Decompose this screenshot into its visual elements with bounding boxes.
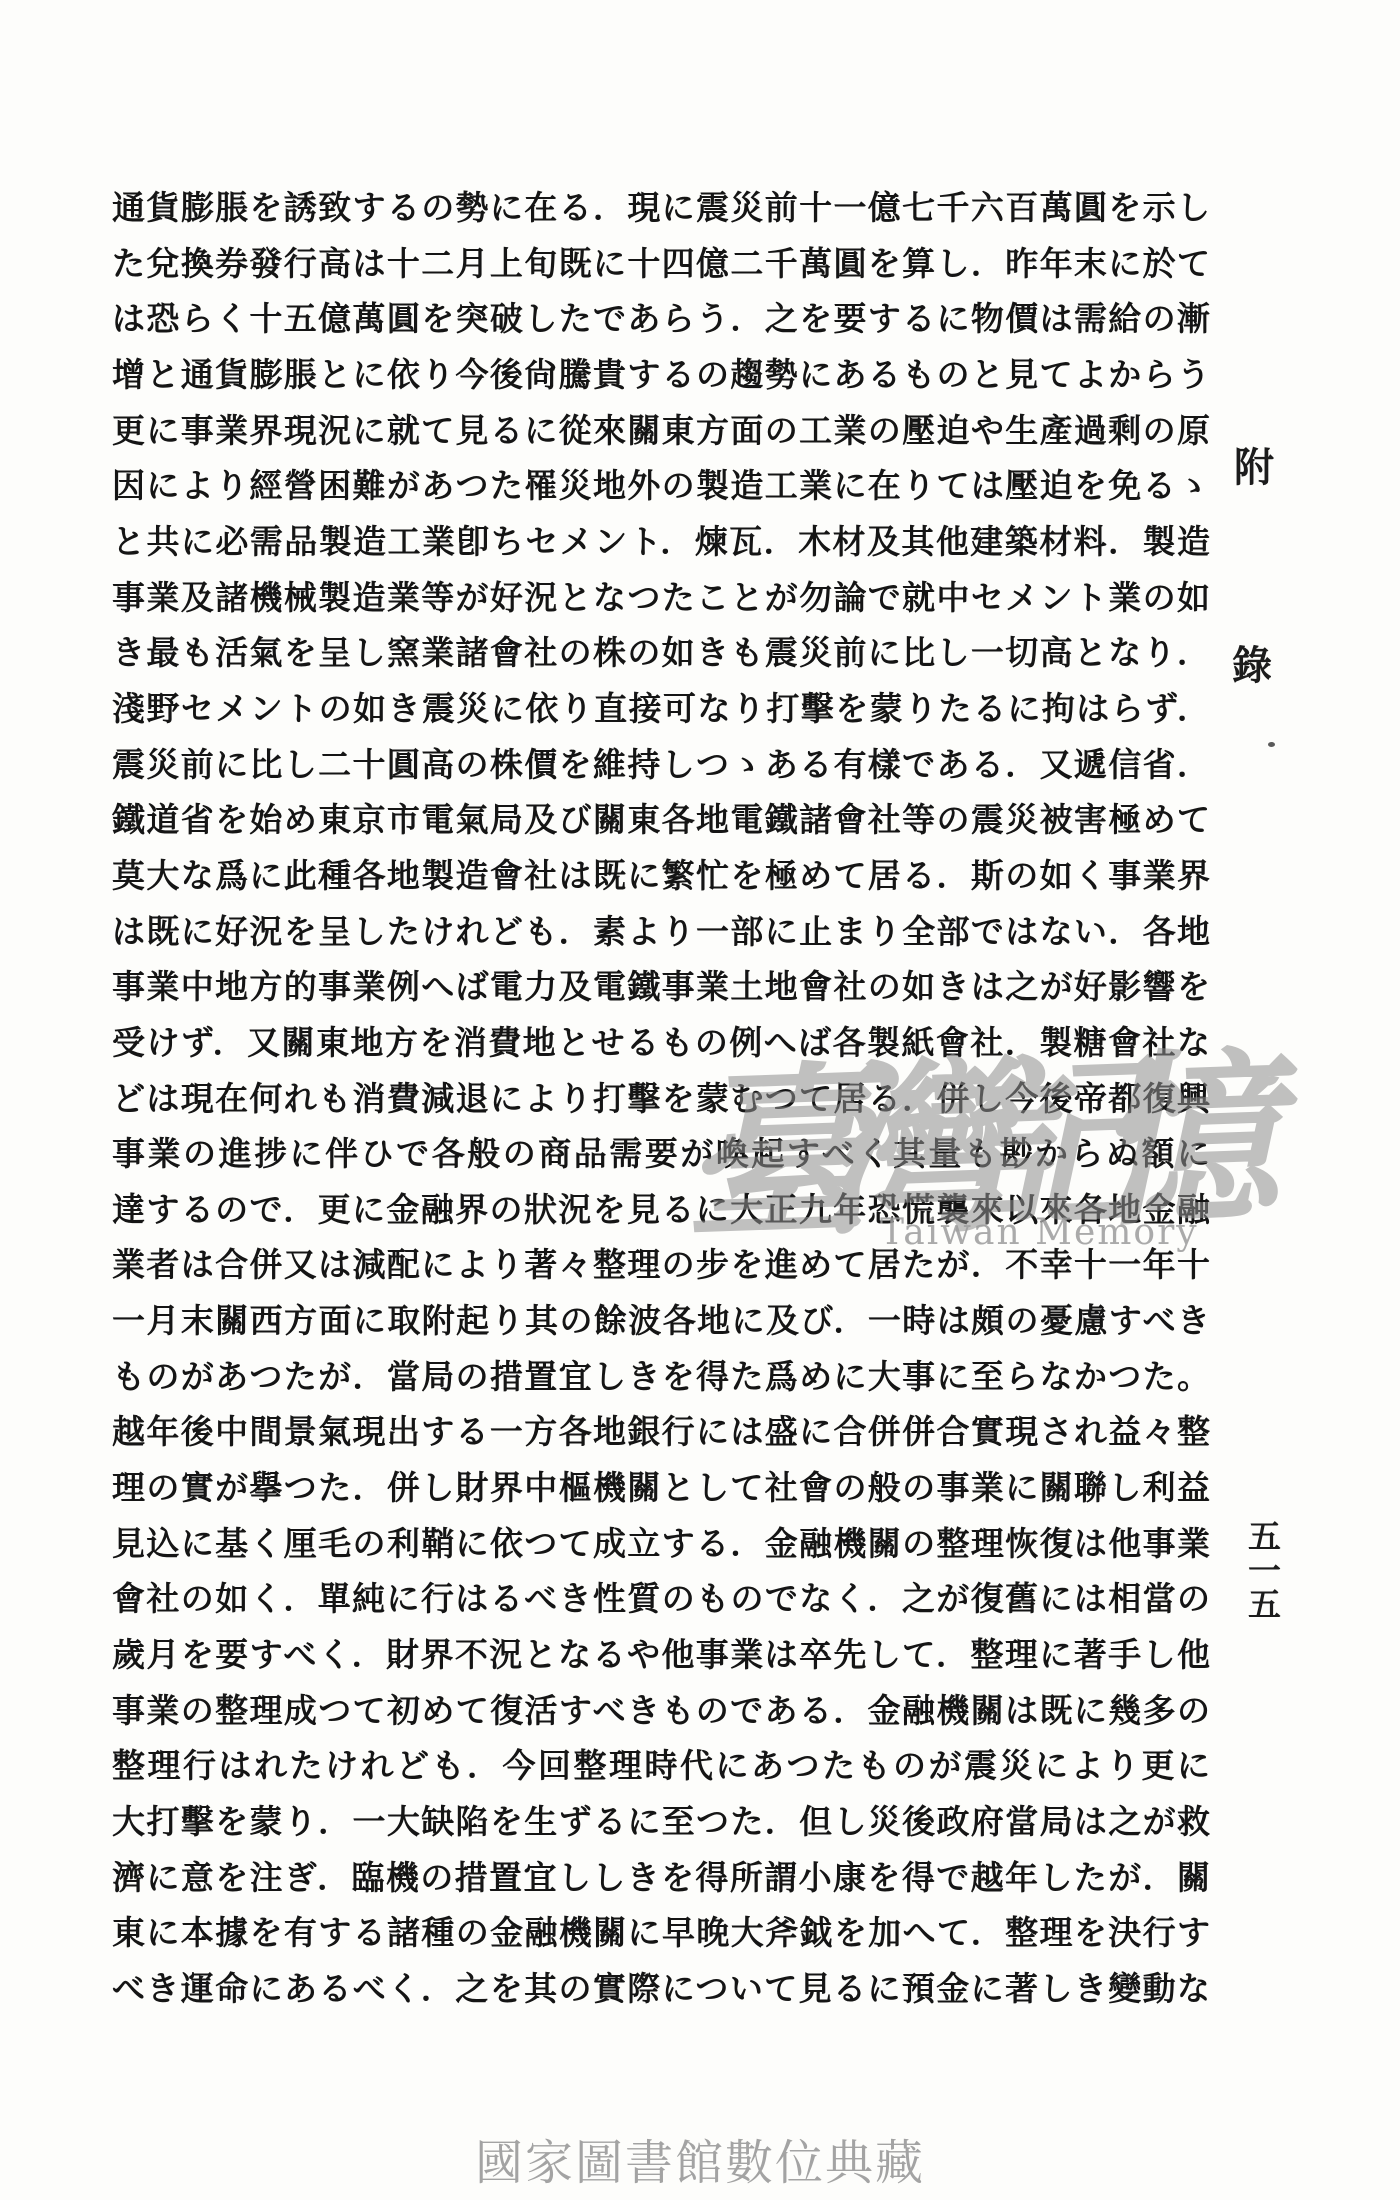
scanned-document-page: 通貨膨脹を誘致するの勢に在る．現に震災前十一億七千六百萬圓を示し た兌換券發行高… xyxy=(0,0,1400,2200)
text-line: 濟に意を注ぎ．臨機の措置宜ししきを得所謂小康を得で越年したが．關 xyxy=(112,1850,1210,1906)
text-line: 東に本據を有する諸種の金融機關に早晚大斧鉞を加へて．整理を決行す xyxy=(112,1905,1210,1961)
page-number-vertical: 五 一 五 xyxy=(1248,1520,1281,1622)
text-line: ものがあつたが．當局の措置宜しきを得た爲めに大事に至らなかつた。 xyxy=(112,1349,1210,1405)
page-number-digit: 一 xyxy=(1248,1554,1281,1588)
text-line: 事業中地方的事業例へば電力及電鐵事業土地會社の如きは之が好影響を xyxy=(112,959,1210,1015)
text-line: 更に事業界現況に就て見るに從來關東方面の工業の壓迫や生產過剩の原 xyxy=(112,403,1210,459)
text-line: き最も活氣を呈し窯業諸會社の株の如きも震災前に比し一切高となり． xyxy=(112,625,1210,681)
text-line: 越年後中間景氣現出する一方各地銀行には盛に合併併合實現され益々整 xyxy=(112,1404,1210,1460)
text-line: 因により經營困難があつた罹災地外の製造工業に在りては壓迫を免るゝ xyxy=(112,458,1210,514)
text-line: 見込に基く厘毛の利鞘に依つて成立する．金融機關の整理恢復は他事業 xyxy=(112,1516,1210,1572)
text-line: 淺野セメントの如き震災に依り直接可なり打擊を蒙りたるに拘はらず． xyxy=(112,681,1210,737)
text-line: 震災前に比し二十圓高の株價を維持しつゝある有樣である．又遞信省． xyxy=(112,737,1210,793)
text-line: べき運命にあるべく．之を其の實際について見るに預金に著しき變動な xyxy=(112,1961,1210,2017)
text-line: 受けず．又關東地方を消費地とせるもの例へば各製紙會社．製糖會社な xyxy=(112,1015,1210,1071)
text-line: 大打擊を蒙り．一大缺陷を生ずるに至つた．但し災後政府當局は之が救 xyxy=(112,1794,1210,1850)
text-line: 鐵道省を始め東京市電氣局及び關東各地電鐵諸會社等の震災被害極めて xyxy=(112,792,1210,848)
text-line: 會社の如く．單純に行はるべき性質のものでなく．之が復舊には相當の xyxy=(112,1571,1210,1627)
watermark-national-central-library: 國家圖書館數位典藏 xyxy=(0,2124,1400,2193)
text-line: は既に好況を呈したけれども．素より一部に止まり全部ではない．各地 xyxy=(112,904,1210,960)
text-line: 莫大な爲に此種各地製造會社は既に繁忙を極めて居る．斯の如く事業界 xyxy=(112,848,1210,904)
page-number-digit: 五 xyxy=(1248,1588,1281,1622)
text-line: 歲月を要すべく．財界不況となるや他事業は卒先して．整理に著手し他 xyxy=(112,1627,1210,1683)
text-line: は恐らく十五億萬圓を突破したであらう．之を要するに物價は需給の漸 xyxy=(112,291,1210,347)
text-line: 事業の整理成つて初めて復活すべきものである．金融機關は既に幾多の xyxy=(112,1683,1210,1739)
text-line: と共に必需品製造工業卽ちセメント．煉瓦．木材及其他建築材料．製造 xyxy=(112,514,1210,570)
text-line: 事業及諸機械製造業等が好況となつたことが勿論で就中セメント業の如 xyxy=(112,570,1210,626)
text-line: 達するので．更に金融界の狀況を見るに大正九年恐慌襲來以來各地金融 xyxy=(112,1182,1210,1238)
page-number-digit: 五 xyxy=(1248,1520,1281,1554)
text-line: 理の實が擧つた．併し財界中樞機關として社會の般の事業に關聯し利益 xyxy=(112,1460,1210,1516)
body-text-block: 通貨膨脹を誘致するの勢に在る．現に震災前十一億七千六百萬圓を示し た兌換券發行高… xyxy=(112,180,1210,2017)
text-line: 通貨膨脹を誘致するの勢に在る．現に震災前十一億七千六百萬圓を示し xyxy=(112,180,1210,236)
text-line: 業者は合併又は減配により著々整理の步を進めて居たが．不幸十一年十 xyxy=(112,1237,1210,1293)
text-line: 整理行はれたけれども．今回整理時代にあつたものが震災により更に xyxy=(112,1738,1210,1794)
margin-label-appendix: 附 xyxy=(1234,436,1274,493)
text-line: 增と通貨膨脹とに依り今後尙騰貴するの趨勢にあるものと見てよからう xyxy=(112,347,1210,403)
text-line: 事業の進捗に伴ひで各般の商品需要が喚起すべく其量も尠からぬ額に xyxy=(112,1126,1210,1182)
text-line: た兌換券發行高は十二月上旬既に十四億二千萬圓を算し．昨年末に於て xyxy=(112,236,1210,292)
margin-label-record: 錄 xyxy=(1232,634,1272,691)
text-line: 一月末關西方面に取附起り其の餘波各地に及び．一時は頗の憂慮すべき xyxy=(112,1293,1210,1349)
text-line: どは現在何れも消費減退により打擊を蒙むつて居る．併し今後帝都復興 xyxy=(112,1071,1210,1127)
scan-artifact-dot xyxy=(1268,742,1275,747)
